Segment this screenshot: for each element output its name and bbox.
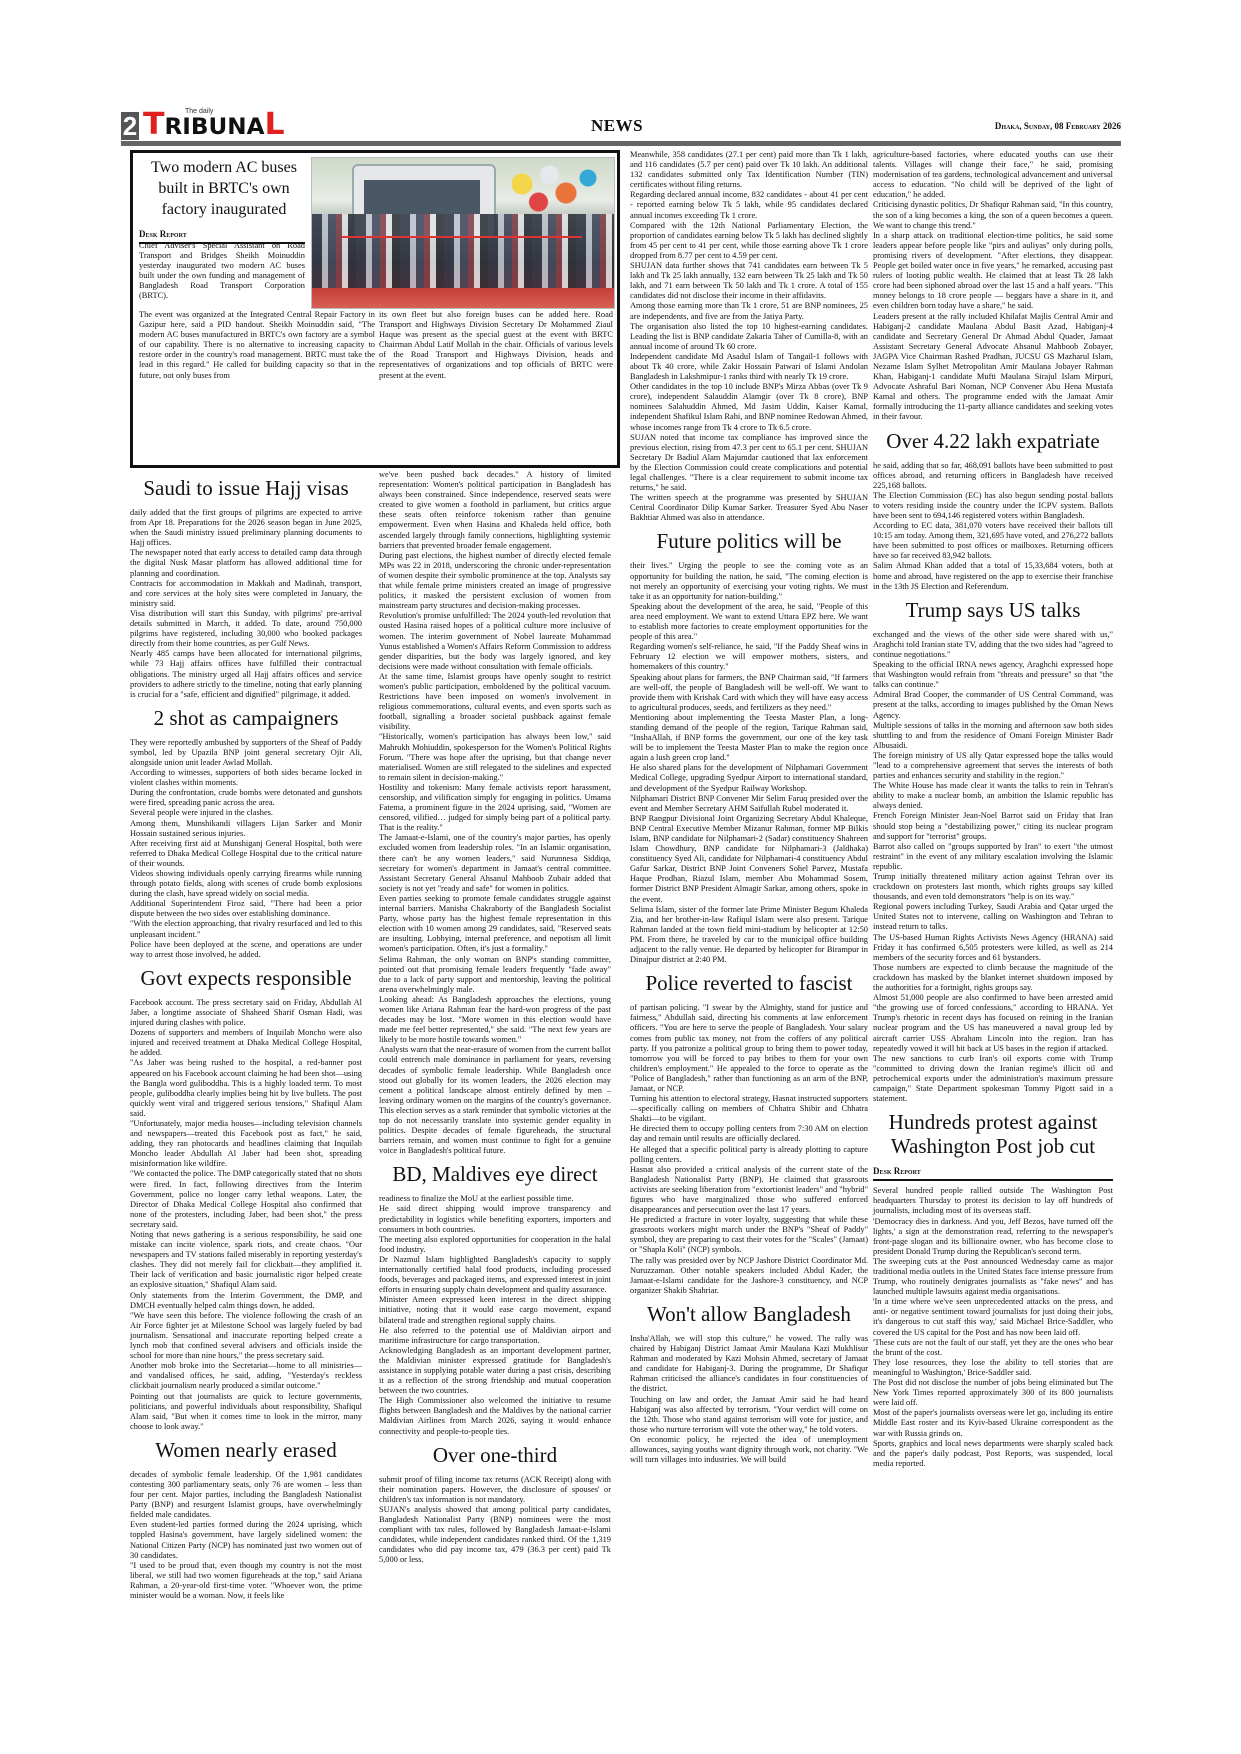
article-body: its own fleet but also foreign buses can… <box>379 310 613 381</box>
paragraph: Selima Islam, sister of the former late … <box>630 905 868 966</box>
paragraph: The sweeping cuts at the Post announced … <box>873 1257 1113 1297</box>
paragraph: The rally was presided over by NCP Jasho… <box>630 1256 868 1296</box>
byline: Desk Report <box>873 1166 1113 1181</box>
paragraph: decades of symbolic female leadership. O… <box>130 1470 362 1520</box>
paragraph: Videos showing individuals openly carryi… <box>130 869 362 899</box>
paragraph: SHUJAN data further shows that 741 candi… <box>630 261 868 301</box>
paragraph: their lives." Urging the people to see t… <box>630 561 868 601</box>
news-photo <box>311 157 615 309</box>
paragraph: After receiving first aid at Munshiganj … <box>130 839 362 869</box>
headline-brtc: Two modern AC buses built in BRTC's own … <box>139 157 309 220</box>
paragraph: readiness to finalize the MoU at the ear… <box>379 1194 611 1204</box>
column-3: Meanwhile, 358 candidates (27.1 per cent… <box>630 150 868 1465</box>
paragraph: He predicted a fracture in voter loyalty… <box>630 1215 868 1255</box>
newspaper-logo: TRIBUNAL <box>143 110 285 143</box>
crowd-image <box>312 214 614 288</box>
masthead-rule <box>121 141 1121 146</box>
paragraph: The newspaper noted that early access to… <box>130 548 362 578</box>
paragraph: daily added that the first groups of pil… <box>130 508 362 548</box>
paragraph: he said, adding that so far, 468,091 bal… <box>873 461 1113 491</box>
paragraph: He also referred to the potential use of… <box>379 1326 611 1346</box>
paragraph: During past elections, the highest numbe… <box>379 551 611 612</box>
masthead: 2 TRIBUNAL The daily NEWS Dhaka, Sunday,… <box>121 108 1121 142</box>
paragraph: Noting that news gathering is a serious … <box>130 1230 362 1291</box>
paragraph: Revolution's promise unfulfilled: The 20… <box>379 611 611 672</box>
paragraph: Almost 51,000 people are also confirmed … <box>873 993 1113 1054</box>
paragraph: Even parties seeking to promote female c… <box>379 894 611 955</box>
paragraph: The US-based Human Rights Activists News… <box>873 933 1113 963</box>
paragraph: Touching on law and order, the Jamaat Am… <box>630 1395 868 1435</box>
paragraph: Speaking to the official IRNA news agenc… <box>873 660 1113 690</box>
section-title: NEWS <box>591 116 643 136</box>
paragraph: He directed them to occupy polling cente… <box>630 1124 868 1144</box>
paragraph: Hasnat also provided a critical analysis… <box>630 1165 868 1215</box>
lead-story-box: Two modern AC buses built in BRTC's own … <box>130 150 620 468</box>
paragraph: The foreign ministry of US ally Qatar ex… <box>873 751 1113 781</box>
ribbon-image <box>342 236 582 238</box>
paragraph: "Unfortunately, major media houses—inclu… <box>130 1119 362 1169</box>
paragraph: 'In a time where we've seen unprecedente… <box>873 1297 1113 1337</box>
paragraph: Nilphamari District BNP Convener Mir Sel… <box>630 794 868 814</box>
paragraph: submit proof of filing income tax return… <box>379 1475 611 1505</box>
paragraph: Police have been deployed at the scene, … <box>130 940 362 960</box>
paragraph: Nearly 485 camps have been allocated for… <box>130 649 362 699</box>
paragraph: They lose resources, they lose the abili… <box>873 1358 1113 1378</box>
paragraph: Trump initially threatened military acti… <box>873 872 1113 902</box>
paragraph: Most of the paper's journalists overseas… <box>873 1408 1113 1438</box>
paragraph: of partisan policing. "I swear by the Al… <box>630 1003 868 1094</box>
paragraph: Multiple sessions of talks in the mornin… <box>873 721 1113 751</box>
headline-onethird: Over one-third <box>379 1443 611 1467</box>
paragraph: Meanwhile, 358 candidates (27.1 per cent… <box>630 150 868 190</box>
paragraph: The White House has made clear it wants … <box>873 781 1113 811</box>
paragraph: Speaking about plans for farmers, the BN… <box>630 673 868 713</box>
paragraph: "With the election approaching, that riv… <box>130 919 362 939</box>
paragraph: SUJAN's analysis showed that among polit… <box>379 1505 611 1566</box>
headline-hajj: Saudi to issue Hajj visas <box>130 476 362 500</box>
paragraph: Among them, Munshikandi villagers Lijan … <box>130 819 362 839</box>
headline-govt: Govt expects responsible <box>130 966 362 990</box>
headline-future: Future politics will be <box>630 529 868 553</box>
paragraph: Additional Superintendent Firoz said, "T… <box>130 899 362 919</box>
paragraph: Among those earning more than Tk 1 crore… <box>630 301 868 321</box>
paragraph: Speaking about the development of the ar… <box>630 602 868 642</box>
paragraph: Those numbers are expected to climb beca… <box>873 963 1113 993</box>
paragraph: "As Jaber was being rushed to the hospit… <box>130 1058 362 1119</box>
article-body: The event was organized at the Integrate… <box>139 310 375 381</box>
paragraph: He also shared plans for the development… <box>630 763 868 793</box>
paragraph: Regarding declared annual income, 832 ca… <box>630 190 868 220</box>
paragraph: Minister Ameen expressed keen interest i… <box>379 1295 611 1325</box>
logo-tagline: The daily <box>185 108 213 115</box>
balloons-image <box>500 160 610 220</box>
paragraph: Contracts for accommodation in Makkah an… <box>130 579 362 609</box>
paragraph: "We have seen this before. The violence … <box>130 1311 362 1361</box>
headline-expatriate: Over 4.22 lakh expatriate <box>873 429 1113 453</box>
paragraph: Analysts warn that the near-erasure of w… <box>379 1045 611 1156</box>
paragraph: Even student-led parties formed during t… <box>130 1520 362 1560</box>
headline-trump: Trump says US talks <box>873 598 1113 622</box>
paragraph: we've been pushed back decades." A histo… <box>379 470 611 551</box>
paragraph: In a sharp attack on traditional electio… <box>873 231 1113 312</box>
paragraph: The meeting also explored opportunities … <box>379 1235 611 1255</box>
paragraph: Looking ahead: As Bangladesh approaches … <box>379 995 611 1045</box>
paragraph: During the confrontation, crude bombs we… <box>130 788 362 808</box>
paragraph: Selima Rahman, the only woman on BNP's s… <box>379 955 611 995</box>
headline-wont-allow: Won't allow Bangladesh <box>630 1302 868 1326</box>
paragraph: Admiral Brad Cooper, the commander of US… <box>873 690 1113 720</box>
paragraph: The Post did not disclose the number of … <box>873 1378 1113 1408</box>
paragraph: The written speech at the programme was … <box>630 493 868 523</box>
paragraph: 'These cuts are not the fault of our sta… <box>873 1338 1113 1358</box>
paragraph: "Historically, women's participation has… <box>379 732 611 782</box>
headline-wapo: Hundreds protest against Washington Post… <box>873 1110 1113 1158</box>
paragraph: The High Commissioner also welcomed the … <box>379 1396 611 1436</box>
paragraph: 'Democracy dies in darkness. And you, Je… <box>873 1217 1113 1257</box>
paragraph: According to witnesses, supporters of bo… <box>130 768 362 788</box>
paragraph: BNP Rangpur Divisional Joint Organizing … <box>630 814 868 905</box>
article-intro: Chief Adviser's Special Assistant on Roa… <box>139 241 305 302</box>
paragraph: "I used to be proud that, even though my… <box>130 1561 362 1601</box>
paragraph: Another mob broke into the Secretariat—h… <box>130 1361 362 1391</box>
paragraph: French Foreign Minister Jean-Noel Barrot… <box>873 811 1113 841</box>
paragraph: Regional powers including Turkey, Saudi … <box>873 902 1113 932</box>
paragraph: Other candidates in the top 10 include B… <box>630 382 868 432</box>
paragraph: The Jamaat-e-Islami, one of the country'… <box>379 833 611 894</box>
headline-campaigners: 2 shot as campaigners <box>130 706 362 730</box>
paragraph: According to EC data, 381,070 voters hav… <box>873 521 1113 561</box>
paragraph: agriculture-based factories, where educa… <box>873 150 1113 200</box>
paragraph: Regarding women's self-reliance, he said… <box>630 642 868 672</box>
paragraph: Sports, graphics and local news departme… <box>873 1439 1113 1469</box>
paragraph: Visa distribution will start this Sunday… <box>130 609 362 649</box>
page-number: 2 <box>121 112 139 140</box>
dateline: Dhaka, Sunday, 08 February 2026 <box>995 121 1121 131</box>
paragraph: Facebook account. The press secretary sa… <box>130 998 362 1028</box>
paragraph: The new sanctions to curb Iran's oil exp… <box>873 1054 1113 1104</box>
paragraph: SUJAN noted that income tax compliance h… <box>630 433 868 494</box>
paragraph: Insha'Allah, we will stop this culture,"… <box>630 1334 868 1395</box>
paragraph: Barrot also called on "groups supported … <box>873 842 1113 872</box>
paragraph: Turning his attention to electoral strat… <box>630 1094 868 1124</box>
paragraph: exchanged and the views of the other sid… <box>873 630 1113 660</box>
paragraph: Dr Nazmul Islam highlighted Bangladesh's… <box>379 1255 611 1295</box>
column-2: we've been pushed back decades." A histo… <box>379 470 611 1565</box>
column-4: agriculture-based factories, where educa… <box>873 150 1113 1469</box>
paragraph: At the same time, Islamist groups have o… <box>379 672 611 733</box>
paragraph: Pointing out that journalists are quick … <box>130 1392 362 1432</box>
paragraph: Several hundred people rallied outside T… <box>873 1186 1113 1216</box>
paragraph: He alleged that a specific political par… <box>630 1145 868 1165</box>
paragraph: Only statements from the Interim Governm… <box>130 1291 362 1311</box>
headline-women: Women nearly erased <box>130 1438 362 1462</box>
paragraph: Hostility and tokenism: Many female acti… <box>379 783 611 833</box>
paragraph: He said direct shipping would improve tr… <box>379 1204 611 1234</box>
paragraph: Dozens of supporters and members of Inqu… <box>130 1028 362 1058</box>
paragraph: The organisation also listed the top 10 … <box>630 322 868 352</box>
paragraph: "We contacted the police. The DMP catego… <box>130 1169 362 1230</box>
paragraph: Compared with the 12th National Parliame… <box>630 221 868 261</box>
paragraph: Criticising dynastic politics, Dr Shafiq… <box>873 200 1113 230</box>
paragraph: The Election Commission (EC) has also be… <box>873 491 1113 521</box>
paragraph: Several people were injured in the clash… <box>130 808 362 818</box>
paragraph: On economic policy, he rejected the idea… <box>630 1435 868 1465</box>
headline-police: Police reverted to fascist <box>630 971 868 995</box>
paragraph: Independent candidate Md Asadul Islam of… <box>630 352 868 382</box>
paragraph: Salim Ahmad Khan added that a total of 1… <box>873 561 1113 591</box>
paragraph: Mentioning about implementing the Teesta… <box>630 713 868 763</box>
column-1: Saudi to issue Hajj visas daily added th… <box>130 470 362 1601</box>
paragraph: Acknowledging Bangladesh as an important… <box>379 1346 611 1396</box>
paragraph: They were reportedly ambushed by support… <box>130 738 362 768</box>
headline-maldives: BD, Maldives eye direct <box>379 1162 611 1186</box>
paragraph: Leaders present at the rally included Kh… <box>873 312 1113 423</box>
